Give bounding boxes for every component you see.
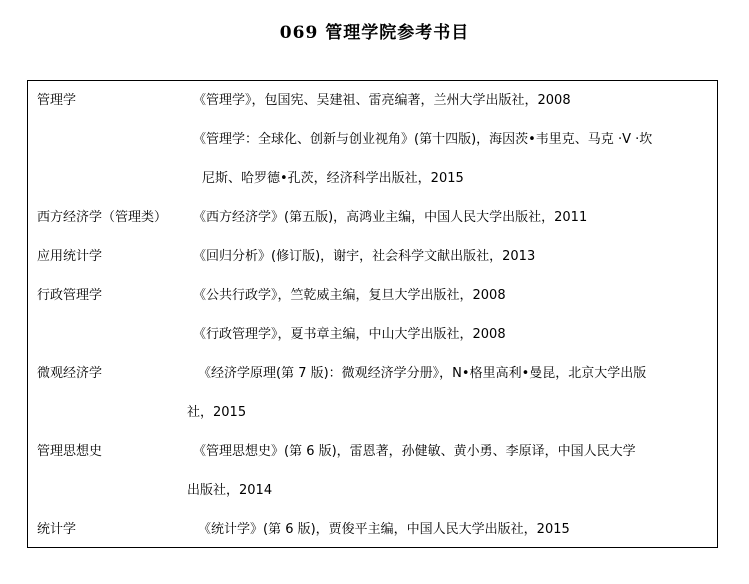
reference-entry-continuation: 出版社，2014 — [187, 483, 272, 499]
reference-entry: 《西方经济学》(第五版)，高鸿业主编，中国人民大学出版社，2011 — [193, 210, 587, 226]
reference-entry: 《管理学》，包国宪、吴建祖、雷亮编著，兰州大学出版社，2008 — [193, 93, 571, 109]
subject-label: 统计学 — [37, 522, 76, 538]
reference-entry: 《行政管理学》，夏书章主编，中山大学出版社，2008 — [193, 327, 506, 343]
bibliography-table — [27, 80, 718, 548]
subject-label: 管理学 — [37, 93, 76, 109]
reference-entry-continuation: 社，2015 — [187, 405, 246, 421]
page-title: 069 管理学院参考书目 — [0, 18, 749, 43]
subject-label: 管理思想史 — [37, 444, 102, 460]
subject-label: 行政管理学 — [37, 288, 102, 304]
subject-label: 应用统计学 — [37, 249, 102, 265]
reference-entry-continuation: 尼斯、哈罗德•孔茨，经济科学出版社，2015 — [202, 171, 464, 187]
reference-entry: 《回归分析》(修订版)，谢宇，社会科学文献出版社，2013 — [193, 249, 535, 265]
reference-entry: 《管理学：全球化、创新与创业视角》(第十四版)，海因茨•韦里克、马克 ·V ·坎 — [193, 132, 652, 148]
reference-entry: 《公共行政学》，竺乾威主编，复旦大学出版社，2008 — [193, 288, 506, 304]
subject-label: 西方经济学（管理类） — [37, 210, 167, 226]
reference-entry: 《统计学》(第 6 版)，贾俊平主编，中国人民大学出版社，2015 — [198, 522, 570, 538]
reference-entry: 《管理思想史》(第 6 版)，雷恩著，孙健敏、黄小勇、李原译，中国人民大学 — [193, 444, 636, 460]
subject-label: 微观经济学 — [37, 366, 102, 382]
reference-entry: 《经济学原理(第 7 版)：微观经济学分册》，N•格里高利•曼昆，北京大学出版 — [198, 366, 646, 382]
